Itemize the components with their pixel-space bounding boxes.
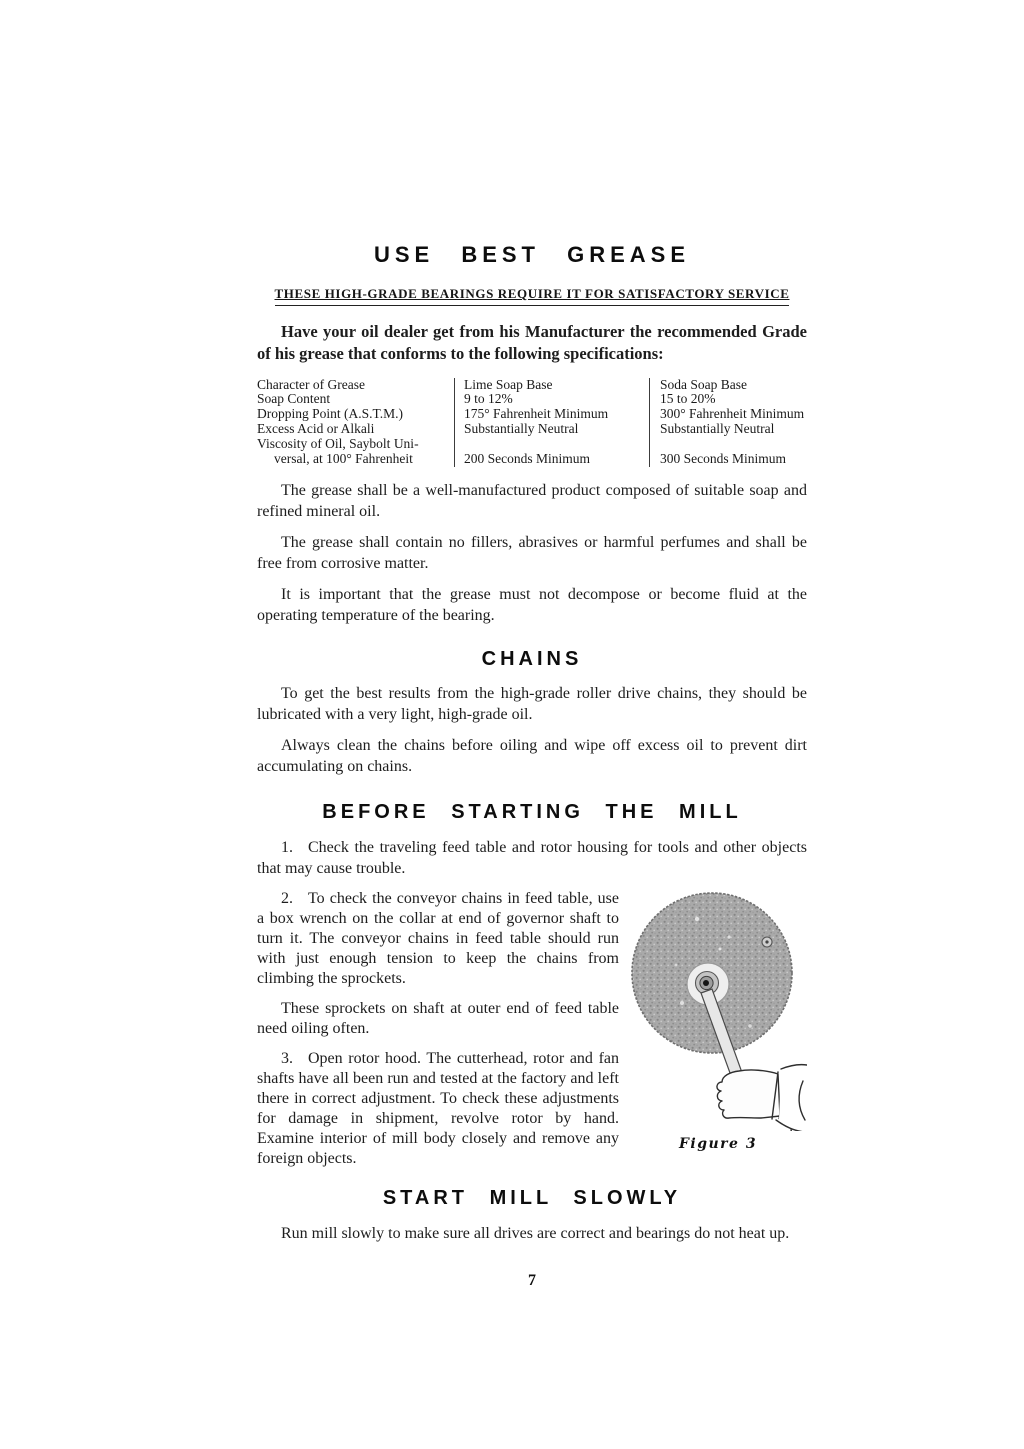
spec-property-line: Excess Acid or Alkali [257,422,454,437]
spec-column-lime-soap: Lime Soap Base 9 to 12% 175° Fahrenheit … [454,378,649,467]
spec-property-line: versal, at 100° Fahrenheit [257,452,454,467]
section-title-use-best-grease: USE BEST GREASE [257,242,807,268]
grease-intro-paragraph: Have your oil dealer get from his Manufa… [257,321,807,365]
grease-subtitle-row: THESE HIGH-GRADE BEARINGS REQUIRE IT FOR… [257,285,807,306]
spec-column-property: Character of Grease Soap Content Droppin… [257,378,454,467]
sprockets-note-paragraph: These sprockets on shaft at outer end of… [257,999,619,1039]
spec-lime-line: 200 Seconds Minimum [464,452,649,467]
numbered-item-1: 1.Check the traveling feed table and rot… [257,837,807,879]
spec-soda-line: Soda Soap Base [660,378,807,393]
spec-property-line: Character of Grease [257,378,454,393]
start-mill-paragraph: Run mill slowly to make sure all drives … [257,1223,807,1244]
numbered-item-2: 2.To check the conveyor chains in feed t… [257,889,619,989]
spec-lime-line: Lime Soap Base [464,378,649,393]
figure-3-caption: Figure 3 [621,1136,807,1152]
spec-lime-line [464,437,649,452]
spec-soda-line: 300° Fahrenheit Minimum [660,407,807,422]
page-number: 7 [257,1272,807,1290]
section-title-before-starting: BEFORE STARTING THE MILL [257,801,807,824]
spec-soda-line [660,437,807,452]
spec-lime-line: 175° Fahrenheit Minimum [464,407,649,422]
spec-lime-line: 9 to 12% [464,392,649,407]
feed-table-hand-wrench-illustration [621,885,807,1131]
spec-lime-line: Substantially Neutral [464,422,649,437]
spec-soda-line: 300 Seconds Minimum [660,452,807,467]
grease-paragraph: The grease shall contain no fillers, abr… [257,532,807,574]
spec-soda-line: 15 to 20% [660,392,807,407]
spec-column-soda-soap: Soda Soap Base 15 to 20% 300° Fahrenheit… [649,378,807,467]
chains-paragraph: To get the best results from the high-gr… [257,683,807,725]
grease-subtitle: THESE HIGH-GRADE BEARINGS REQUIRE IT FOR… [275,286,790,306]
manual-page: USE BEST GREASE THESE HIGH-GRADE BEARING… [0,0,1024,1449]
spec-soda-line: Substantially Neutral [660,422,807,437]
page-content: USE BEST GREASE THESE HIGH-GRADE BEARING… [257,0,807,1290]
spec-property-line: Soap Content [257,392,454,407]
grease-spec-table: Character of Grease Soap Content Droppin… [257,378,807,467]
chains-paragraph: Always clean the chains before oiling an… [257,735,807,777]
grease-paragraph: It is important that the grease must not… [257,584,807,626]
section-title-chains: CHAINS [257,648,807,671]
figure-text-region: 2.To check the conveyor chains in feed t… [257,889,807,1169]
grease-paragraph: The grease shall be a well-manufactured … [257,480,807,522]
narrow-text-column: 2.To check the conveyor chains in feed t… [257,889,619,1169]
item-text: Check the traveling feed table and rotor… [257,839,807,877]
item-number: 2. [281,890,293,907]
item-text: Open rotor hood. The cutterhead, rotor a… [257,1050,619,1167]
item-text: To check the conveyor chains in feed tab… [257,890,619,987]
spec-property-line: Viscosity of Oil, Saybolt Uni- [257,437,454,452]
item-number: 3. [281,1050,293,1067]
item-number: 1. [281,839,293,856]
numbered-item-3: 3.Open rotor hood. The cutterhead, rotor… [257,1049,619,1169]
figure-3: Figure 3 [621,885,807,1152]
section-title-start-mill-slowly: START MILL SLOWLY [257,1187,807,1210]
spec-property-line: Dropping Point (A.S.T.M.) [257,407,454,422]
